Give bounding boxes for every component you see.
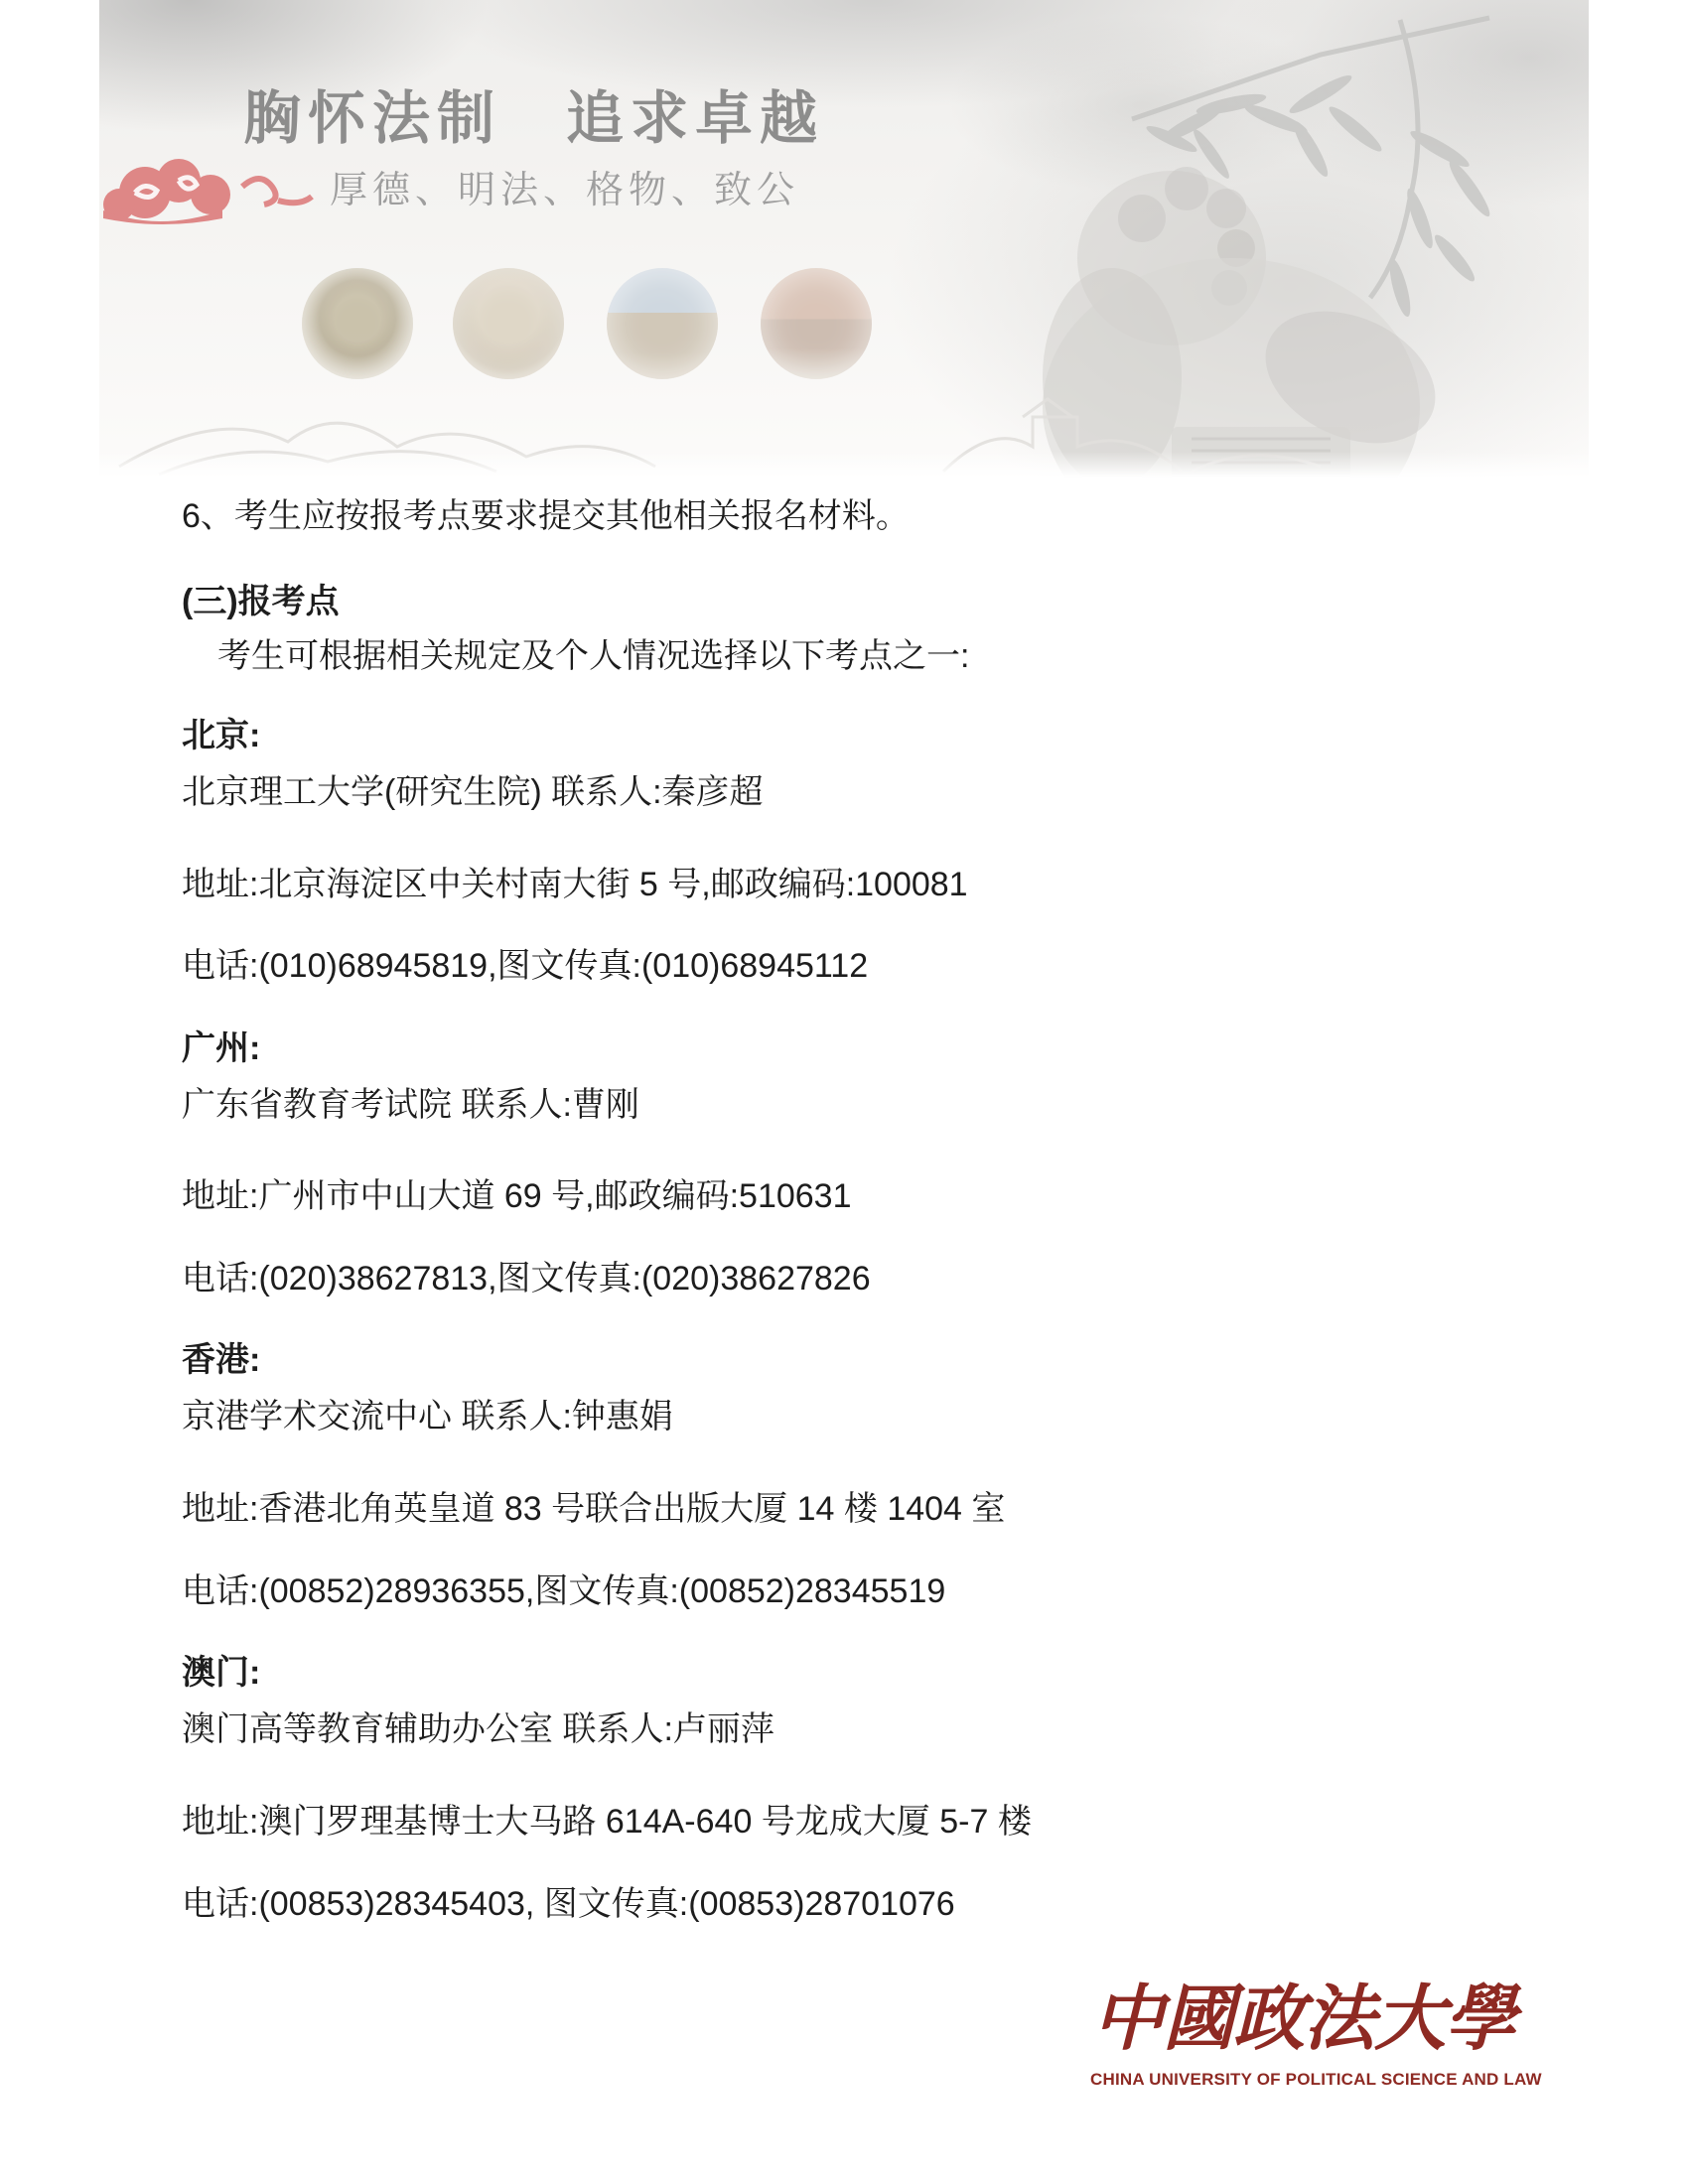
mountain-sketch bbox=[99, 387, 1340, 478]
site-beijing-phone: 电话:(010)68945819,图文传真:(010)68945112 bbox=[182, 943, 868, 990]
banner-slogan-sub: 厚德、明法、格物、致公 bbox=[330, 159, 799, 213]
site-guangzhou-org: 广东省教育考试院 联系人:曹刚 bbox=[182, 1082, 639, 1129]
site-macau-address: 地址:澳门罗理基博士大马路 614A-640 号龙成大厦 5-7 楼 bbox=[182, 1799, 1032, 1845]
site-guangzhou-address: 地址:广州市中山大道 69 号,邮政编码:510631 bbox=[182, 1173, 852, 1220]
site-macau-org: 澳门高等教育辅助办公室 联系人:卢丽萍 bbox=[182, 1706, 774, 1753]
university-logo-calligraphy: 中國政法大學 bbox=[1090, 1971, 1517, 2066]
site-beijing-address: 地址:北京海淀区中关村南大街 5 号,邮政编码:100081 bbox=[182, 862, 968, 908]
statue-red-building-photo bbox=[761, 268, 872, 379]
bronze-emblem-photo bbox=[302, 268, 413, 379]
document-page: 胸怀法制 追求卓越 厚德、明法、格物、致公 bbox=[0, 0, 1688, 2184]
site-beijing-city: 北京: bbox=[182, 713, 260, 759]
site-beijing-org: 北京理工大学(研究生院) 联系人:秦彦超 bbox=[182, 769, 764, 816]
university-logo-english: CHINA UNIVERSITY OF POLITICAL SCIENCE AN… bbox=[1090, 2070, 1517, 2090]
site-hongkong-city: 香港: bbox=[182, 1337, 260, 1384]
section-heading: (三)报考点 bbox=[182, 579, 340, 625]
site-hongkong-phone: 电话:(00852)28936355,图文传真:(00852)28345519 bbox=[182, 1569, 945, 1615]
site-guangzhou-phone: 电话:(020)38627813,图文传真:(020)38627826 bbox=[182, 1256, 871, 1302]
banner-slogan-main: 胸怀法制 追求卓越 bbox=[243, 71, 824, 155]
site-macau-phone: 电话:(00853)28345403, 图文传真:(00853)28701076 bbox=[182, 1881, 955, 1928]
campus-building-photo bbox=[453, 268, 564, 379]
header-banner: 胸怀法制 追求卓越 厚德、明法、格物、致公 bbox=[99, 0, 1589, 478]
paragraph-item6: 6、考生应按报考点要求提交其他相关报名材料。 bbox=[182, 493, 910, 540]
university-logo: 中國政法大學 CHINA UNIVERSITY OF POLITICAL SCI… bbox=[1090, 1971, 1517, 2090]
bamboo-illustration bbox=[1072, 0, 1589, 367]
site-hongkong-org: 京港学术交流中心 联系人:钟惠娟 bbox=[182, 1394, 673, 1440]
stone-lion-photo bbox=[607, 268, 718, 379]
site-guangzhou-city: 广州: bbox=[182, 1025, 260, 1072]
site-macau-city: 澳门: bbox=[182, 1650, 260, 1697]
site-hongkong-address: 地址:香港北角英皇道 83 号联合出版大厦 14 楼 1404 室 bbox=[182, 1486, 1005, 1533]
section-intro: 考生可根据相关规定及个人情况选择以下考点之一: bbox=[217, 633, 969, 680]
